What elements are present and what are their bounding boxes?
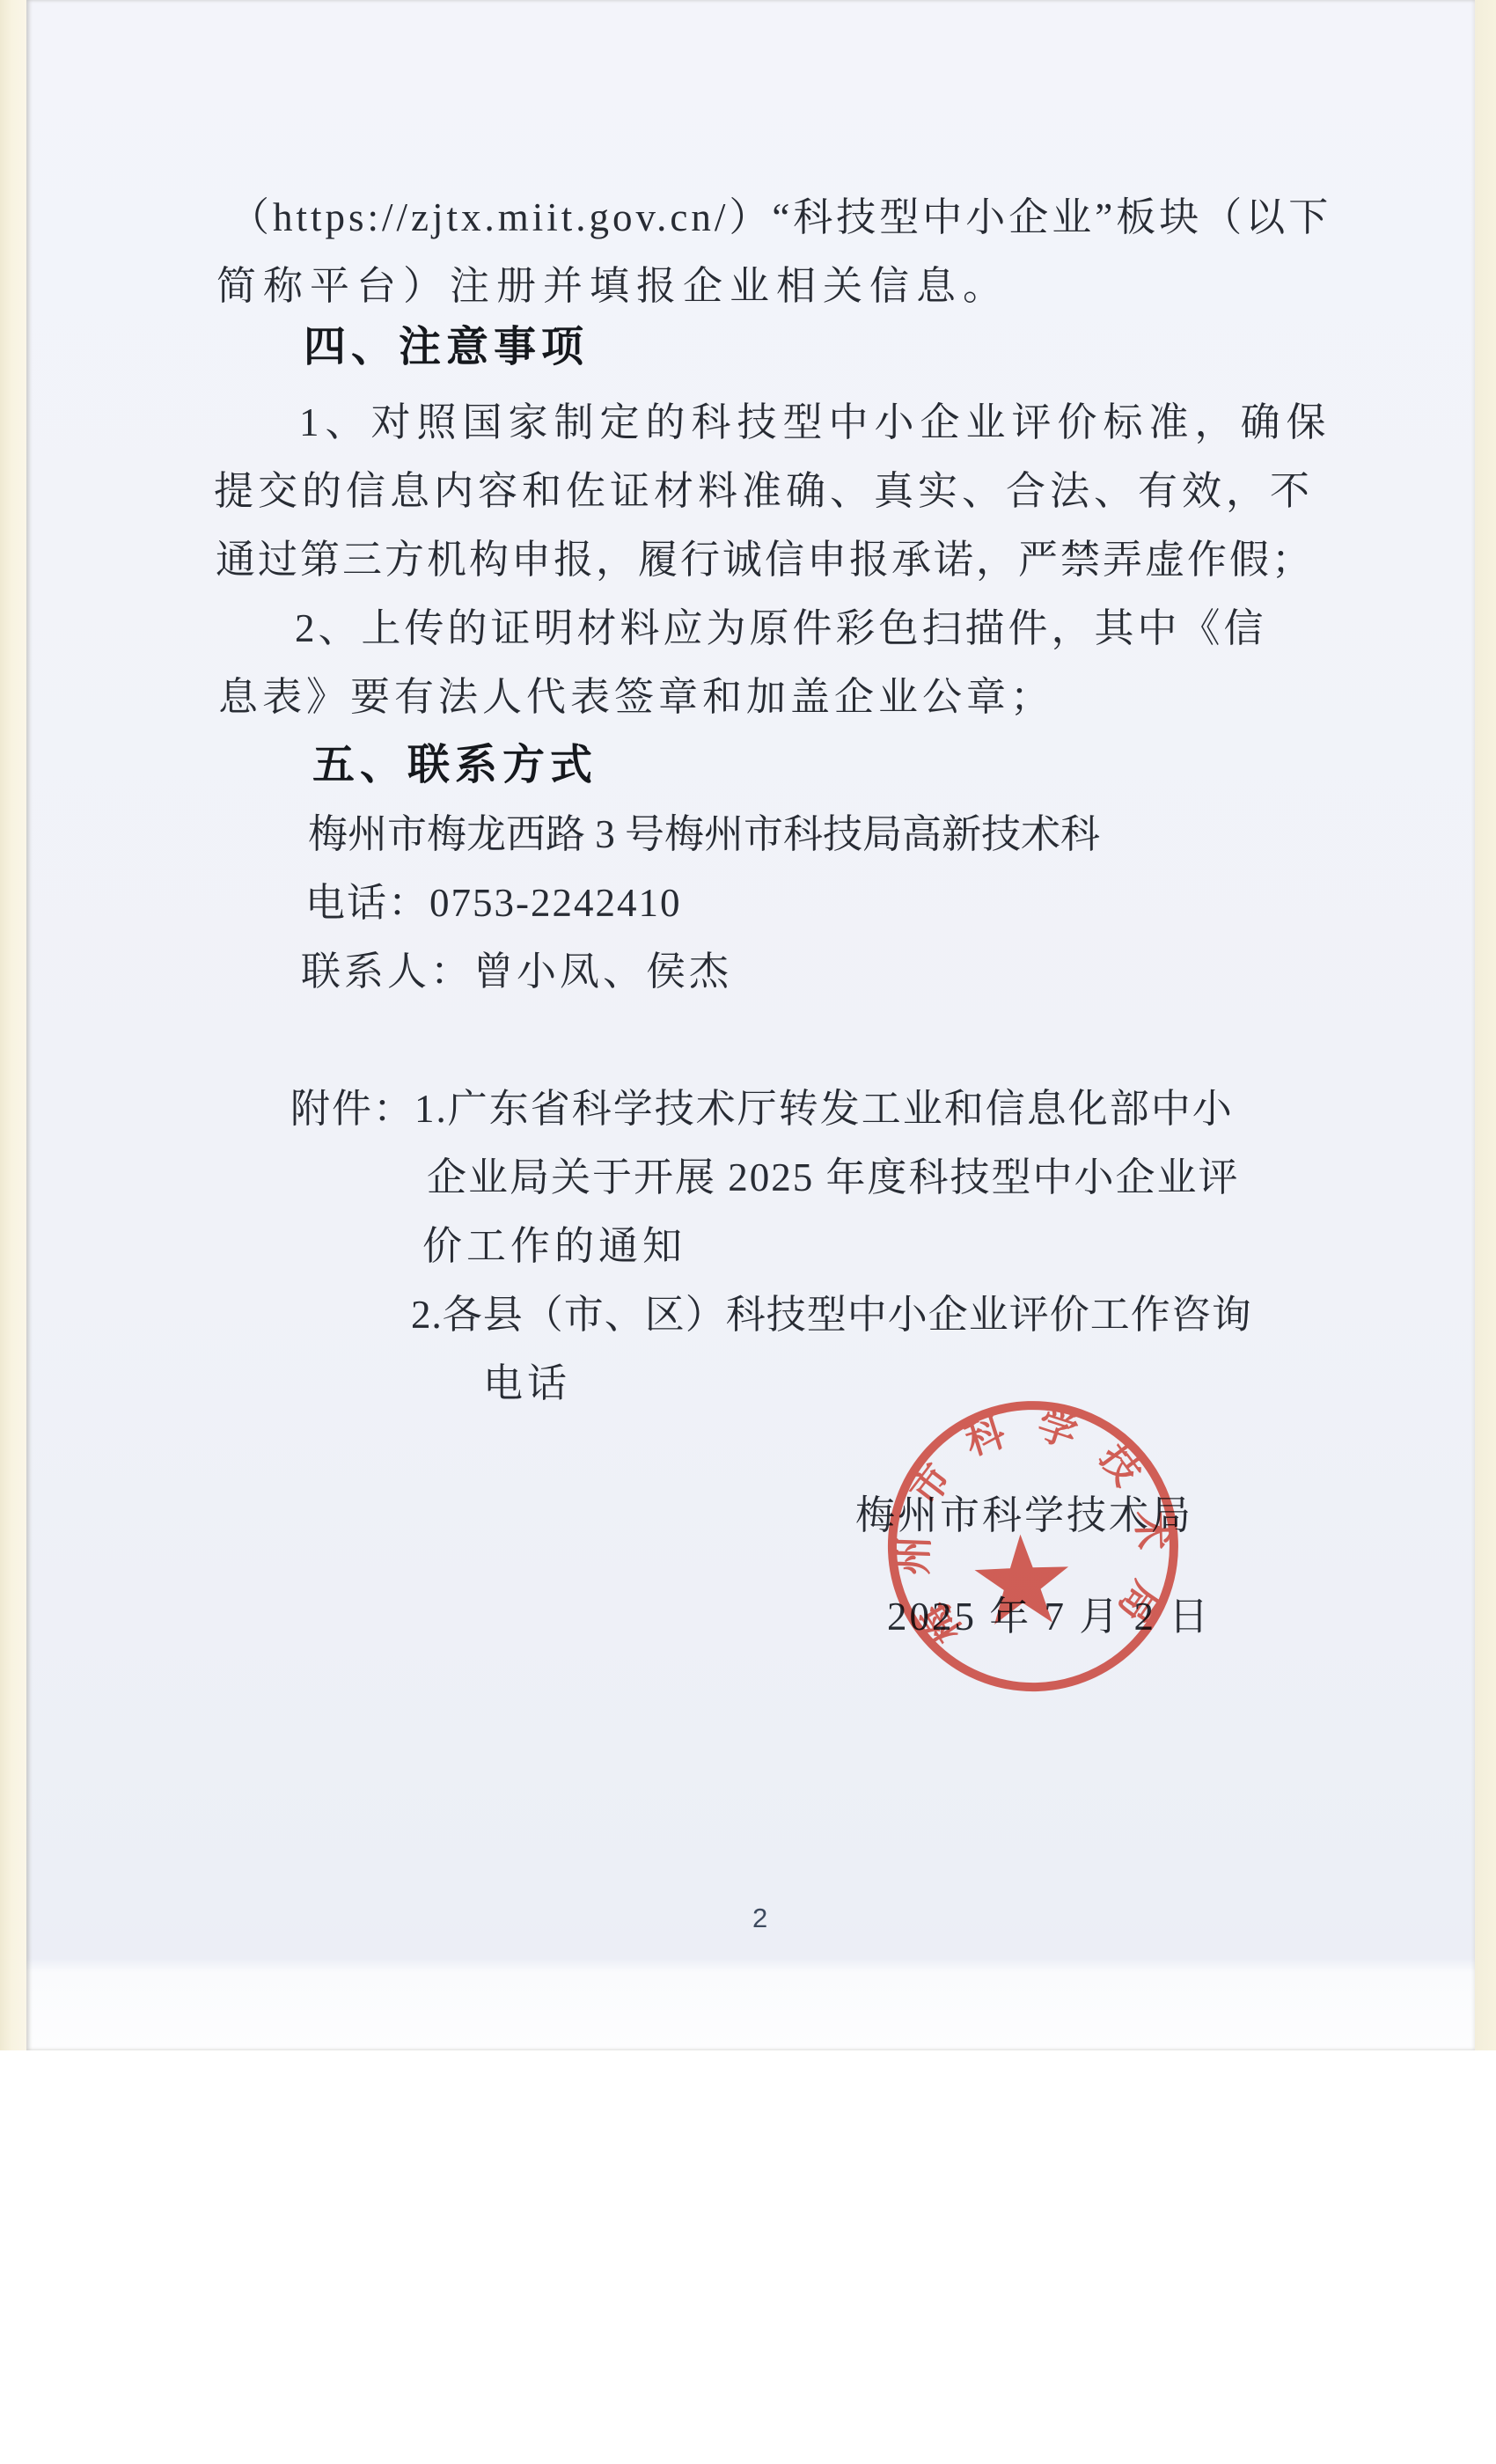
contact-phone: 电话：0753-2242410	[305, 881, 682, 925]
note-item2-line2: 息表》要有法人代表签章和加盖企业公章；	[218, 675, 1054, 719]
page-number: 2	[752, 1903, 767, 1934]
contact-address: 梅州市梅龙西路 3 号梅州市科技局高新技术科	[308, 812, 1100, 856]
scan-edge-left	[0, 0, 26, 2050]
contact-persons: 联系人：曾小凤、侯杰	[301, 950, 732, 994]
intro-line-url: （https://zjtx.miit.gov.cn/）“科技型中小企业”板块（以…	[230, 195, 1331, 239]
note-item1-line1: 1、对照国家制定的科技型中小企业评价标准，确保	[299, 400, 1332, 444]
section-heading-contact: 五、联系方式	[312, 742, 598, 789]
attachment-line-3: 价工作的通知	[422, 1224, 686, 1268]
attachment-line-2: 企业局关于开展 2025 年度科技型中小企业评	[427, 1155, 1240, 1199]
note-item1-line3: 通过第三方机构申报，履行诚信申报承诺，严禁弄虚作假；	[216, 538, 1314, 582]
scanned-document-page: （https://zjtx.miit.gov.cn/）“科技型中小企业”板块（以…	[0, 0, 1496, 2464]
note-item2-line1: 2、上传的证明材料应为原件彩色扫描件，其中《信	[295, 606, 1267, 650]
seal-star-icon	[973, 1533, 1070, 1625]
intro-line-2: 简称平台）注册并填报企业相关信息。	[216, 264, 1009, 308]
attachment-line-1: 附件：1.广东省科学技术厅转发工业和信息化部中小	[290, 1087, 1234, 1131]
official-seal: 梅州市科学技术局	[862, 1375, 1207, 1720]
seal-arc-text: 梅州市科学技术局	[886, 1398, 1177, 1661]
section-heading-notes: 四、注意事项	[304, 324, 589, 371]
scan-edge-right	[1475, 0, 1496, 2050]
attachment-line-5: 电话	[483, 1361, 571, 1405]
note-item1-line2: 提交的信息内容和佐证材料准确、真实、合法、有效，不	[214, 469, 1314, 513]
attachment-line-4: 2.各县（市、区）科技型中小企业评价工作咨询	[411, 1293, 1252, 1337]
